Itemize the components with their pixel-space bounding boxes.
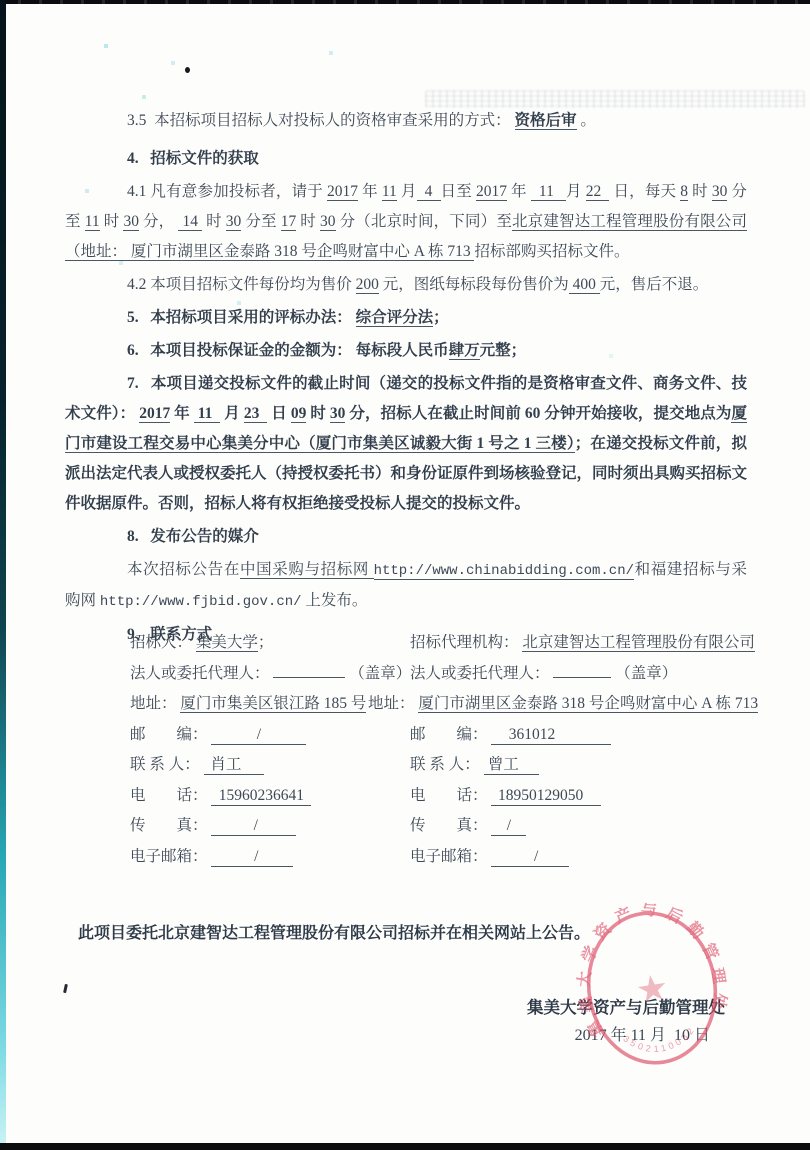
- paragraph: 7. 本项目递交投标文件的截止时间（递交的投标文件指的是资格审查文件、商务文件、…: [65, 369, 747, 519]
- text-segment: 时: [202, 213, 226, 230]
- contact-cell-left: 传 真： /: [130, 813, 296, 836]
- contact-row: 传 真： /传 真： /: [0, 813, 810, 844]
- text-segment: 时: [306, 405, 330, 422]
- signature-organization: 集美大学资产与后勤管理处: [527, 994, 725, 1018]
- underlined-value: 400: [569, 276, 600, 294]
- contact-row: 邮 编： /邮 编： 361012: [0, 722, 810, 753]
- text-segment: 电子邮箱：: [130, 848, 211, 865]
- text-segment: 日至: [441, 183, 476, 200]
- text-segment: 电 话：: [410, 787, 491, 804]
- contact-cell-left: 法人或委托代理人： （盖章）: [130, 661, 411, 683]
- underlined-value: 15960236641: [211, 787, 311, 806]
- text-segment: 分，招标人在截止时间前 60 分钟开始接收，提交地点为: [345, 405, 731, 422]
- underlined-value: 2017: [476, 183, 507, 201]
- text-segment: 。: [577, 112, 596, 129]
- scanned-document-page: { "colors": { "seal_red": "#dd4f68", "bo…: [0, 0, 810, 1150]
- underlined-value: 厦门市湖里区金泰路 318 号企鸣财富中心 A 栋 713: [418, 695, 758, 713]
- contact-cell-left: 联 系 人： 肖工: [130, 752, 264, 775]
- scan-speckles: [0, 0, 2, 2]
- paragraph: 本次招标公告在中国采购与招标网 http://www.chinabidding.…: [65, 555, 747, 617]
- official-seal: 集美大学资产与后勤管理处 ★ 3502110032: [565, 892, 740, 1083]
- text-segment: 联 系 人：: [130, 756, 204, 773]
- text-segment: 邮 编：: [410, 726, 491, 743]
- contact-cell-left: 招标人： 集美大学；: [130, 630, 273, 652]
- text-segment: 3.5 本招标项目招标人对投标人的资格审查采用的方式：: [127, 112, 515, 129]
- text-segment: 时: [688, 183, 712, 200]
- signature-date: 2017 年 11 月 10 日: [575, 1022, 710, 1045]
- contact-cell-right: 传 真： /: [410, 813, 526, 836]
- text-segment: 元，售后不退。: [600, 276, 709, 293]
- underlined-value: 北京建智达工程管理股份有限公司: [522, 634, 755, 652]
- underlined-value: /: [491, 817, 526, 836]
- underlined-value: 14: [178, 213, 202, 231]
- contact-cell-left: 电 话： 15960236641: [130, 783, 311, 806]
- contact-row: 电 话： 15960236641电 话： 18950129050: [0, 783, 810, 814]
- ink-dot: [185, 67, 190, 73]
- document-body: 3.5 本招标项目招标人对投标人的资格审查采用的方式： 资格后审 。4. 招标文…: [65, 106, 747, 653]
- text-segment: 招标人：: [130, 634, 196, 651]
- text-segment: 4.2 本项目招标文件每份均为售价: [127, 276, 356, 293]
- underlined-value: 中国采购与招标网: [240, 561, 374, 579]
- text-segment: 5. 本招标项目采用的评标办法：: [127, 309, 356, 326]
- underlined-value: /: [211, 817, 296, 836]
- text-segment: 法人或委托代理人：: [410, 665, 553, 682]
- underlined-value: 曾工: [484, 752, 539, 775]
- underlined-value: 11: [85, 213, 100, 231]
- underlined-value: 4: [417, 183, 441, 201]
- underlined-value: 集美大学: [196, 634, 258, 652]
- underlined-value: [273, 677, 345, 678]
- text-segment: 6. 本项目投标保证金的金额为： 每标段人民币: [127, 342, 449, 359]
- paragraph: 4.2 本项目招标文件每份均为售价 200 元，图纸每标段每份售价为 400 元…: [65, 270, 747, 300]
- underlined-value: 11: [194, 405, 221, 423]
- text-segment: 月: [566, 183, 586, 200]
- underlined-value: 8: [680, 183, 688, 201]
- underlined-value: 30: [712, 183, 728, 201]
- text-segment: 地址：: [368, 695, 418, 712]
- paragraph: 4. 招标文件的获取: [65, 144, 747, 174]
- seal-ring-text: 集美大学资产与后勤管理处: [565, 892, 735, 1041]
- underlined-value: 23: [244, 405, 267, 423]
- text-segment: 分至: [241, 213, 280, 230]
- underlined-value: 资格后审: [515, 112, 577, 130]
- contact-row: 法人或委托代理人： （盖章）法人或委托代理人： （盖章）: [0, 661, 810, 692]
- text-segment: http://www.fjbid.gov.cn/: [100, 594, 302, 610]
- underlined-value: 09: [291, 405, 307, 423]
- underlined-value: 肆万: [449, 342, 480, 360]
- ink-mark: [63, 984, 68, 993]
- underlined-value: 22: [586, 183, 610, 201]
- text-segment: 上发布。: [302, 592, 368, 609]
- underlined-value: 2017: [139, 405, 170, 423]
- text-segment: 元整；: [480, 342, 527, 359]
- underlined-value: 17: [281, 213, 297, 231]
- contact-cell-right: 法人或委托代理人： （盖章）: [410, 661, 677, 683]
- text-segment: ；: [258, 634, 274, 651]
- text-segment: 电子邮箱：: [410, 848, 491, 865]
- text-segment: 招标代理机构：: [410, 634, 522, 651]
- contact-cell-left: 邮 编： /: [130, 722, 306, 745]
- delegation-note: 此项目委托北京建智达工程管理股份有限公司招标并在相关网站上公告。: [78, 920, 590, 943]
- contact-cell-right: 联 系 人： 曾工: [410, 752, 539, 775]
- text-segment: 年: [507, 183, 531, 200]
- text-segment: 电 话：: [130, 787, 211, 804]
- text-segment: 日: [267, 405, 291, 422]
- text-segment: （盖章）: [611, 665, 677, 682]
- scan-edge-top: [0, 0, 810, 4]
- paragraph: 4.1 凡有意参加投标者，请于 2017 年 11 月 4 日至 2017 年 …: [65, 177, 747, 267]
- contact-cell-right: 地址： 厦门市湖里区金泰路 318 号企鸣财富中心 A 栋 713: [368, 691, 758, 713]
- contact-cell-right: 招标代理机构： 北京建智达工程管理股份有限公司: [410, 630, 755, 652]
- text-segment: 时: [100, 213, 124, 230]
- text-segment: 地址：: [130, 695, 180, 712]
- contact-section: 招标人： 集美大学；招标代理机构： 北京建智达工程管理股份有限公司法人或委托代理…: [0, 630, 810, 874]
- underlined-value: 361012: [491, 726, 611, 745]
- paragraph: 6. 本项目投标保证金的金额为： 每标段人民币肆万元整；: [65, 336, 747, 366]
- paragraph: 8. 发布公告的媒介: [65, 522, 747, 552]
- text-segment: 8. 发布公告的媒介: [127, 528, 259, 545]
- underlined-value: /: [491, 848, 569, 867]
- text-segment: 年: [358, 183, 382, 200]
- underlined-value: 综合评分法: [356, 309, 434, 327]
- contact-row: 招标人： 集美大学；招标代理机构： 北京建智达工程管理股份有限公司: [0, 630, 810, 661]
- underlined-value: 2017: [327, 183, 358, 201]
- text-segment: ；: [433, 309, 449, 326]
- underlined-value: http://www.chinabidding.com.cn/: [374, 563, 634, 580]
- text-segment: 年: [170, 405, 194, 422]
- underlined-value: [553, 677, 611, 678]
- text-segment: 日，每天: [609, 183, 680, 200]
- contact-cell-left: 电子邮箱： /: [130, 844, 293, 867]
- text-segment: 传 真：: [410, 817, 491, 834]
- underlined-value: 30: [320, 213, 336, 231]
- underlined-value: 200: [356, 276, 379, 294]
- underlined-value: 30: [123, 213, 139, 231]
- text-segment: 时: [296, 213, 320, 230]
- underlined-value: 18950129050: [491, 787, 601, 806]
- underlined-value: 30: [330, 405, 346, 423]
- underlined-value: 30: [226, 213, 242, 231]
- text-segment: 联 系 人：: [410, 756, 484, 773]
- text-segment: 4.1 凡有意参加投标者，请于: [127, 183, 327, 200]
- text-segment: 招标部购买招标文件。: [474, 243, 629, 260]
- underlined-value: 11: [531, 183, 566, 201]
- contact-cell-left: 地址： 厦门市集美区银江路 185 号: [130, 691, 366, 713]
- scan-edge-left: [0, 0, 6, 1143]
- paragraph: 3.5 本招标项目招标人对投标人的资格审查采用的方式： 资格后审 。: [65, 106, 747, 136]
- contact-cell-right: 电 话： 18950129050: [410, 783, 601, 806]
- text-segment: 分，: [139, 213, 178, 230]
- text-segment: 元，图纸每标段每份售价为: [379, 276, 569, 293]
- text-segment: 邮 编：: [130, 726, 211, 743]
- text-segment: 本次招标公告在: [127, 561, 240, 578]
- svg-text:集美大学资产与后勤管理处: 集美大学资产与后勤管理处: [565, 892, 735, 1041]
- text-segment: 月: [220, 405, 244, 422]
- underlined-value: /: [211, 726, 306, 745]
- underlined-value: 厦门市集美区银江路 185 号: [180, 695, 366, 713]
- text-segment: 传 真：: [130, 817, 211, 834]
- underlined-value: 肖工: [204, 752, 264, 775]
- paragraph: 5. 本招标项目采用的评标办法： 综合评分法；: [65, 303, 747, 333]
- text-segment: 4. 招标文件的获取: [127, 150, 259, 167]
- text-segment: （盖章）: [345, 665, 411, 682]
- text-segment: 法人或委托代理人：: [130, 665, 273, 682]
- scan-edge-bottom: [0, 1143, 810, 1150]
- contact-cell-right: 邮 编： 361012: [410, 722, 611, 745]
- underlined-value: 11: [382, 183, 397, 201]
- text-segment: 月: [397, 183, 417, 200]
- underlined-value: /: [211, 848, 293, 867]
- contact-row: 地址： 厦门市集美区银江路 185 号地址： 厦门市湖里区金泰路 318 号企鸣…: [0, 691, 810, 722]
- contact-row: 电子邮箱： /电子邮箱： /: [0, 844, 810, 875]
- contact-row: 联 系 人： 肖工 联 系 人： 曾工: [0, 752, 810, 783]
- text-segment: 分（北京时间，下同）至: [336, 213, 512, 230]
- contact-cell-right: 电子邮箱： /: [410, 844, 569, 867]
- seal-ring: [578, 904, 726, 1072]
